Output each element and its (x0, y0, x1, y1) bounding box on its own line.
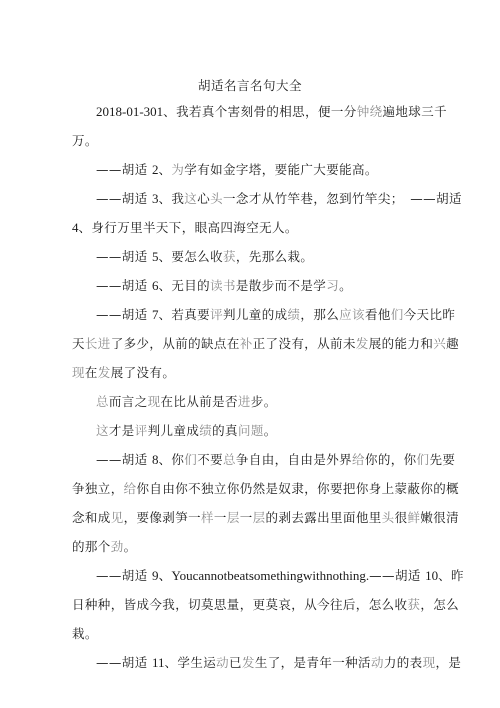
text-line: 2018-01-301、我若真个害刻骨的相思，便一分钟绕遍地球三千 (96, 103, 426, 121)
text-segment: 已 (229, 655, 242, 670)
text-segment: 心 (197, 191, 210, 206)
text-segment: 今天比昨 (404, 307, 456, 322)
light-text-segment: 见 (111, 510, 124, 525)
text-segment: 在 (85, 365, 98, 380)
text-segment: 展的能力和 (369, 336, 434, 351)
text-segment: 在比从前是否 (161, 394, 238, 409)
text-segment: 、你 (158, 452, 184, 467)
text-line: 栽。 (72, 625, 402, 643)
text-line: ——胡适 8、你们不要总争自由，自由是外界给你的，你们先要 (96, 451, 426, 469)
text-segment: 争自由，自由是外界 (236, 452, 352, 467)
text-segment: ——胡适 (96, 191, 152, 206)
light-text-segment: 头 (210, 191, 223, 206)
light-text-segment: 绩 (288, 307, 301, 322)
text-segment: 栽。 (72, 626, 98, 641)
text-segment: 、若真要 (158, 307, 210, 322)
light-text-segment: 这 (184, 191, 197, 206)
light-text-segment: 们 (391, 307, 404, 322)
text-segment: 是散步而不是学 (236, 278, 326, 293)
text-segment: 、无目的 (158, 278, 210, 293)
text-line: 的那个劲。 (72, 538, 402, 556)
light-text-segment: 应该 (339, 307, 365, 322)
light-text-segment: 们 (417, 452, 430, 467)
text-segment: 步。 (251, 394, 277, 409)
text-segment: 你的，你 (365, 452, 417, 467)
text-segment: 先要 (429, 452, 455, 467)
text-segment: ，先那么栽。 (236, 249, 313, 264)
text-line: 4、身行万里半天下，眼高四海空无人。 (72, 219, 402, 237)
text-segment: 才是 (109, 423, 135, 438)
text-segment: 、学生运 (165, 655, 217, 670)
light-text-segment: 现 (148, 394, 161, 409)
text-segment: 、 (158, 162, 171, 177)
text-segment: 万。 (72, 133, 98, 148)
text-segment: 判儿童成 (148, 423, 200, 438)
light-text-segment: 发 (242, 655, 255, 670)
light-text-segment: 读书 (210, 278, 236, 293)
light-text-segment: 绩 (199, 423, 212, 438)
text-segment: 的真 (212, 423, 238, 438)
text-segment: 争独立， (72, 481, 124, 496)
text-segment: 2018-01-301 (96, 104, 163, 119)
text-line: ——胡适 3、我这心头一念才从竹竿巷，忽到竹竿尖； ——胡适 (96, 190, 426, 208)
light-text-segment: 发 (98, 365, 111, 380)
light-text-segment: 为 (171, 162, 184, 177)
text-segment: ——胡适 (369, 568, 425, 583)
text-segment: 遍地球三千 (383, 104, 448, 119)
light-text-segment: 评 (210, 307, 223, 322)
light-text-segment: 获 (223, 249, 236, 264)
text-segment: 一 (240, 510, 253, 525)
text-segment: 很 (395, 510, 408, 525)
text-segment: 天 (72, 336, 85, 351)
light-text-segment: 这 (96, 423, 109, 438)
text-segment: 10 (425, 568, 438, 583)
text-line: ——胡适 11、学生运动已发生了，是青年一种活动力的表现，是 (96, 654, 426, 672)
text-segment: 的那个 (72, 539, 111, 554)
text-line: 争独立，给你自由你不独立你仍然是奴隶，你要把你身上蒙蔽你的概 (72, 480, 402, 498)
text-segment: 、我 (158, 191, 184, 206)
light-text-segment: 样 (201, 510, 214, 525)
text-segment: ——胡适 (96, 249, 152, 264)
light-text-segment: 头 (382, 510, 395, 525)
light-text-segment: 层 (253, 510, 266, 525)
light-text-segment: 补 (240, 336, 253, 351)
light-text-segment: 层 (227, 510, 240, 525)
light-text-segment: 鲜 (407, 510, 420, 525)
text-line: 念和成见，要像剥笋一样一层一层的剥去露出里面他里头很鲜嫩很清 (72, 509, 402, 527)
document-title: 胡适名言名句大全 (0, 77, 500, 95)
light-text-segment: 评 (135, 423, 148, 438)
text-line: 总而言之现在比从前是否进步。 (96, 393, 426, 411)
text-line: 日种种，皆成今我，切莫思量，更莫哀，从今往后，怎么收获，怎么 (72, 596, 402, 614)
light-text-segment: 动 (216, 655, 229, 670)
text-segment: ，怎么 (420, 597, 459, 612)
text-segment: 判儿童的成 (223, 307, 288, 322)
text-segment: 的剥去露出里面他里 (266, 510, 382, 525)
text-line: ——胡适 7、若真要评判儿童的成绩，那么应该看他们今天比昨 (96, 306, 426, 324)
light-text-segment: 钟绕 (357, 104, 383, 119)
text-segment: 不要 (197, 452, 223, 467)
text-line: 天长进了多少，从前的缺点在补正了没有，从前未发展的能力和兴趣 (72, 335, 402, 353)
text-segment: 力的表 (384, 655, 423, 670)
light-text-segment: 动 (371, 655, 384, 670)
light-text-segment: 问题 (238, 423, 264, 438)
text-segment: 生了，是青年一种活 (255, 655, 371, 670)
text-segment: 了多少，从前的缺点在 (111, 336, 240, 351)
text-segment: ——胡适 (96, 568, 152, 583)
text-line: ——胡适 9、Youcannotbeatsomethingwithnothing… (96, 567, 426, 585)
text-segment: ，要像剥笋一 (124, 510, 201, 525)
light-text-segment: 进 (238, 394, 251, 409)
light-text-segment: 们 (184, 452, 197, 467)
light-text-segment: 习 (326, 278, 339, 293)
text-segment: 、身行万里半天下，眼高四海空无人。 (79, 220, 298, 235)
text-segment: 正了没有，从前未 (253, 336, 356, 351)
light-text-segment: 总 (223, 452, 236, 467)
text-line: 现在发展了没有。 (72, 364, 402, 382)
light-text-segment: 长进 (85, 336, 111, 351)
text-segment: 看他 (365, 307, 391, 322)
light-text-segment: 给 (124, 481, 137, 496)
text-segment: 、昨 (438, 568, 464, 583)
text-segment: 9、Youcannotbeatsomethingwithnothing. (152, 568, 369, 583)
text-segment: 趣 (446, 336, 459, 351)
text-segment: 而言之 (109, 394, 148, 409)
light-text-segment: 劲 (111, 539, 124, 554)
text-segment: 一 (214, 510, 227, 525)
text-segment: ——胡适 (96, 162, 152, 177)
text-line: 万。 (72, 132, 402, 150)
text-segment: 11 (152, 655, 165, 670)
text-segment: ，那么 (300, 307, 339, 322)
light-text-segment: 给 (352, 452, 365, 467)
light-text-segment: 现 (423, 655, 436, 670)
text-line: ——胡适 6、无目的读书是散步而不是学习。 (96, 277, 426, 295)
light-text-segment: 总 (96, 394, 109, 409)
text-segment: 念和成 (72, 510, 111, 525)
text-segment: ——胡适 (96, 307, 152, 322)
text-segment: 你自由你不独立你仍然是奴隶，你要把你身上蒙蔽你的概 (137, 481, 460, 496)
light-text-segment: 现 (72, 365, 85, 380)
text-line: 这才是评判儿童成绩的真问题。 (96, 422, 426, 440)
text-segment: 、要怎么收 (158, 249, 223, 264)
light-text-segment: 获 (407, 597, 420, 612)
text-segment: ——胡适 (96, 452, 152, 467)
text-segment: 嫩很清 (420, 510, 459, 525)
text-segment: 一念才从竹竿巷，忽到竹竿尖； ——胡适 (223, 191, 462, 206)
text-segment: ——胡适 (96, 655, 152, 670)
document-page: 胡适名言名句大全 2018-01-301、我若真个害刻骨的相思，便一分钟绕遍地球… (0, 0, 500, 708)
text-line: ——胡适 5、要怎么收获，先那么栽。 (96, 248, 426, 266)
light-text-segment: 兴 (433, 336, 446, 351)
text-segment: 。 (339, 278, 352, 293)
text-segment: 、我若真个害刻骨的相思，便一分 (163, 104, 357, 119)
text-segment: 展了没有。 (111, 365, 176, 380)
text-segment: ——胡适 (96, 278, 152, 293)
text-segment: 学有如金字塔，要能广大要能高。 (184, 162, 378, 177)
text-line: ——胡适 2、为学有如金字塔，要能广大要能高。 (96, 161, 426, 179)
text-segment: ，是 (435, 655, 461, 670)
text-segment: 。 (124, 539, 137, 554)
light-text-segment: 发 (356, 336, 369, 351)
text-segment: 日种种，皆成今我，切莫思量，更莫哀，从今往后，怎么收 (72, 597, 407, 612)
text-segment: 。 (264, 423, 277, 438)
